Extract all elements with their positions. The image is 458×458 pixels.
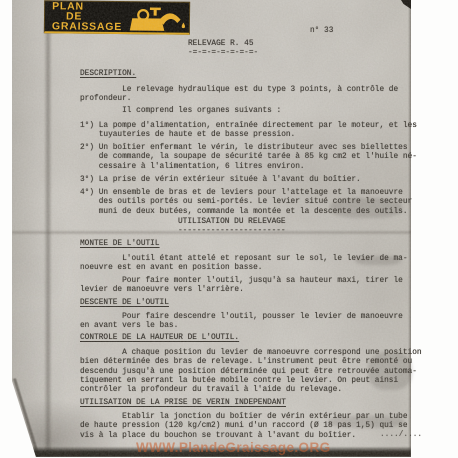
descente-heading: DESCENTE DE L'OUTIL — [80, 299, 169, 308]
description-paragraph-1: Le relevage hydraulique est du type 3 po… — [80, 86, 398, 105]
ink-smudge — [328, 416, 404, 428]
prise-heading: UTILISATION DE LA PRISE DE VERIN INDEPEN… — [80, 399, 286, 408]
logo-line-graissage: GRAISSAGE — [52, 22, 128, 33]
scan-left-edge-shadow — [44, 0, 52, 457]
scanned-document-page: PLAN DE GRAISSAGE n° 33 RELEVAGE R. 45 -… — [0, 0, 458, 458]
description-paragraph-2: Il comprend les organes suivants : — [80, 107, 281, 116]
logo-text: PLAN DE GRAISSAGE — [45, 1, 129, 32]
list-item-1: 1°) La pompe d'alimentation, entraînée d… — [80, 122, 417, 141]
oil-can-icon — [128, 6, 189, 34]
descente-paragraph-1: Pour faire descendre l'outil, pousser le… — [80, 313, 403, 332]
description-heading: DESCRIPTION. — [80, 70, 136, 79]
logo-line-plan: PLAN — [52, 2, 128, 13]
ink-smudge — [355, 256, 401, 265]
plan-de-graissage-logo: PLAN DE GRAISSAGE — [44, 0, 190, 35]
utilisation-heading: UTILISATION DU RELEVAGE — [178, 218, 286, 227]
controle-heading: CONTROLE DE LA HAUTEUR DE L'OUTIL. — [80, 334, 239, 343]
list-item-3: 3°) La prise de vérin extérieur située à… — [80, 176, 361, 185]
ink-smudge — [368, 352, 412, 390]
montee-heading: MONTEE DE L'OUTIL — [80, 240, 160, 249]
page-number: n° 33 — [310, 27, 333, 36]
watermark: WWW.PlandeGraissage.ORG — [136, 440, 331, 455]
doc-title-rule: -=-=-=-=-=-=-=- — [188, 49, 258, 58]
list-item-2: 2°) Un boîtier enfermant le vérin, le di… — [80, 144, 417, 172]
montee-paragraph-2: Pour faire monter l'outil, jusqu'à sa ha… — [80, 277, 403, 296]
continuation-mark: ..../.... — [380, 431, 422, 440]
doc-title: RELEVAGE R. 45 — [188, 40, 254, 49]
ink-smudge — [330, 198, 402, 218]
utilisation-rule: ----------------------- — [178, 227, 286, 236]
